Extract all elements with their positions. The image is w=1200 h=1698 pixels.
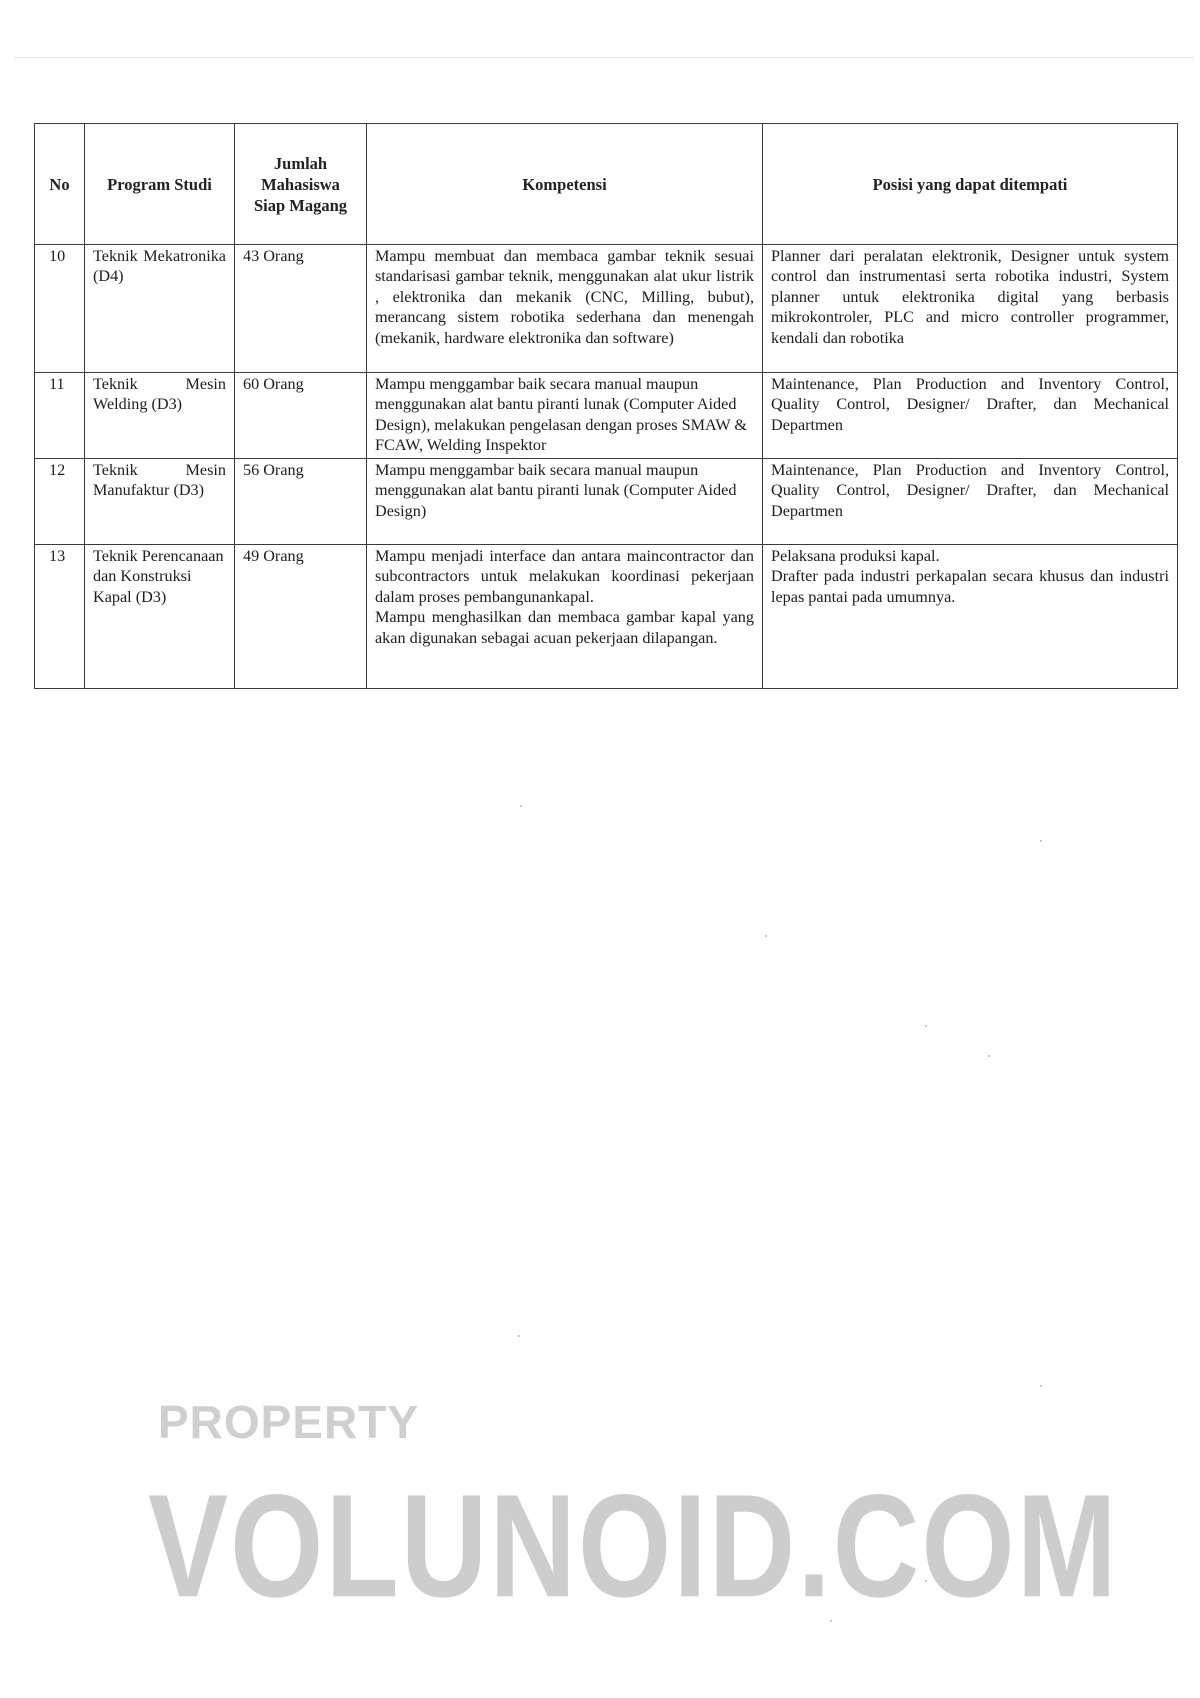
posisi-paragraph: Pelaksana produksi kapal. xyxy=(771,546,1169,566)
posisi-paragraph: Planner dari peralatan elektronik, Desig… xyxy=(771,246,1169,348)
cell-kompetensi: Mampu menjadi interface dan antara mainc… xyxy=(367,545,763,689)
cell-posisi: Maintenance, Plan Production and Invento… xyxy=(763,459,1178,545)
header-jumlah-line3: Siap Magang xyxy=(241,195,360,216)
header-jumlah-line1: Jumlah xyxy=(241,153,360,174)
table-header-row: No Program Studi Jumlah Mahasiswa Siap M… xyxy=(35,124,1178,245)
cell-jumlah: 60 Orang xyxy=(235,373,367,459)
kompetensi-paragraph: Mampu menghasilkan dan membaca gambar ka… xyxy=(375,607,754,648)
cell-posisi: Planner dari peralatan elektronik, Desig… xyxy=(763,245,1178,373)
cell-jumlah: 49 Orang xyxy=(235,545,367,689)
cell-posisi: Pelaksana produksi kapal. Drafter pada i… xyxy=(763,545,1178,689)
table-row: 12 Teknik Mesin Manufaktur (D3) 56 Orang… xyxy=(35,459,1178,545)
header-kompetensi: Kompetensi xyxy=(367,124,763,245)
header-jumlah-line2: Mahasiswa xyxy=(241,174,360,195)
internship-table: No Program Studi Jumlah Mahasiswa Siap M… xyxy=(34,123,1178,689)
scan-speck xyxy=(765,935,767,937)
cell-posisi: Maintenance, Plan Production and Invento… xyxy=(763,373,1178,459)
cell-program-studi: Teknik Mesin Welding (D3) xyxy=(85,373,235,459)
scan-speck xyxy=(1040,840,1042,842)
cell-no: 13 xyxy=(35,545,85,689)
table-row: 11 Teknik Mesin Welding (D3) 60 Orang Ma… xyxy=(35,373,1178,459)
cell-program-studi: Teknik Perencanaan dan Konstruksi Kapal … xyxy=(85,545,235,689)
scan-artifact-line xyxy=(14,57,1194,58)
posisi-paragraph: Maintenance, Plan Production and Invento… xyxy=(771,460,1169,521)
scan-speck xyxy=(988,1055,990,1057)
scan-speck xyxy=(1040,1385,1042,1387)
scan-speck xyxy=(518,1335,520,1337)
kompetensi-paragraph: Mampu menggambar baik secara manual maup… xyxy=(375,374,754,456)
posisi-paragraph: Drafter pada industri perkapalan secara … xyxy=(771,566,1169,607)
cell-no: 11 xyxy=(35,373,85,459)
kompetensi-paragraph: Mampu menggambar baik secara manual maup… xyxy=(375,460,754,521)
cell-kompetensi: Mampu menggambar baik secara manual maup… xyxy=(367,459,763,545)
cell-kompetensi: Mampu membuat dan membaca gambar teknik … xyxy=(367,245,763,373)
cell-program-studi: Teknik Mekatronika (D4) xyxy=(85,245,235,373)
cell-no: 12 xyxy=(35,459,85,545)
cell-program-studi: Teknik Mesin Manufaktur (D3) xyxy=(85,459,235,545)
table-row: 13 Teknik Perencanaan dan Konstruksi Kap… xyxy=(35,545,1178,689)
header-program-studi: Program Studi xyxy=(85,124,235,245)
scan-speck xyxy=(925,1025,927,1027)
watermark-property: PROPERTY xyxy=(158,1395,419,1449)
cell-jumlah: 56 Orang xyxy=(235,459,367,545)
scan-speck xyxy=(520,805,522,807)
table-row: 10 Teknik Mekatronika (D4) 43 Orang Mamp… xyxy=(35,245,1178,373)
kompetensi-paragraph: Mampu menjadi interface dan antara mainc… xyxy=(375,546,754,607)
posisi-paragraph: Maintenance, Plan Production and Invento… xyxy=(771,374,1169,435)
cell-jumlah: 43 Orang xyxy=(235,245,367,373)
watermark-site: VOLUNOID.COM xyxy=(148,1462,1119,1630)
cell-kompetensi: Mampu menggambar baik secara manual maup… xyxy=(367,373,763,459)
kompetensi-paragraph: Mampu membuat dan membaca gambar teknik … xyxy=(375,246,754,348)
header-jumlah: Jumlah Mahasiswa Siap Magang xyxy=(235,124,367,245)
header-posisi: Posisi yang dapat ditempati xyxy=(763,124,1178,245)
cell-no: 10 xyxy=(35,245,85,373)
header-no: No xyxy=(35,124,85,245)
